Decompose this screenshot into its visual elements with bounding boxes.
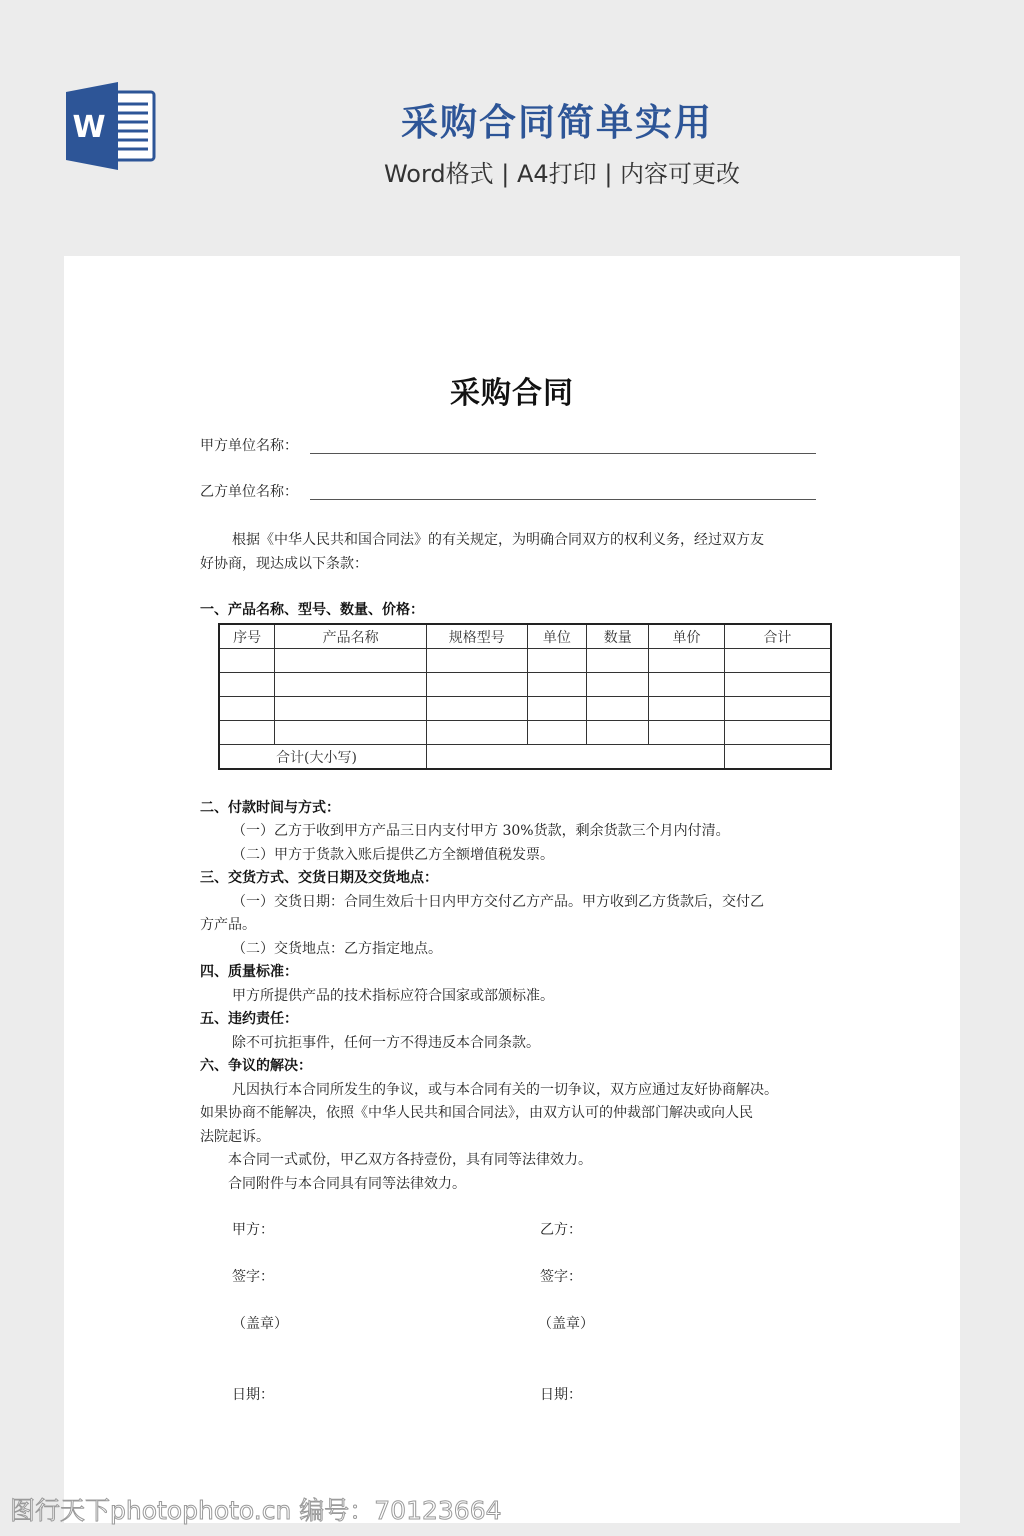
table-cell[interactable] <box>724 721 831 745</box>
section6-line2: 如果协商不能解决，依照《中华人民共和国合同法》，由双方认可的仲裁部门解决或向人民 <box>200 1102 753 1126</box>
table-total-row: 合计(大小写) <box>219 745 831 770</box>
section4-text: 甲方所提供产品的技术指标应符合国家或部颁标准。 <box>232 985 554 1009</box>
col-header-index: 序号 <box>219 624 275 649</box>
closing-clause-2: 合同附件与本合同具有同等法律效力。 <box>228 1173 466 1197</box>
table-cell[interactable] <box>527 649 587 673</box>
table-cell[interactable] <box>275 673 427 697</box>
table-cell[interactable] <box>426 721 527 745</box>
document-title: 采购合同 <box>64 368 960 412</box>
section3-item1-line2: 方产品。 <box>200 914 256 938</box>
section2-item2: （二）甲方于货款入账后提供乙方全额增值税发票。 <box>232 844 554 868</box>
section6-line3: 法院起诉。 <box>200 1126 270 1150</box>
table-row <box>219 721 831 745</box>
total-amount-cell[interactable] <box>426 745 724 770</box>
section6-heading: 六、争议的解决： <box>200 1055 312 1079</box>
table-cell[interactable] <box>426 697 527 721</box>
col-header-quantity: 数量 <box>587 624 649 649</box>
table-cell[interactable] <box>724 649 831 673</box>
col-header-product-name: 产品名称 <box>275 624 427 649</box>
section4-heading: 四、质量标准： <box>200 961 298 985</box>
table-cell[interactable] <box>649 697 725 721</box>
banner-title: 采购合同简单实用 <box>0 92 1024 146</box>
table-row <box>219 697 831 721</box>
section3-heading: 三、交货方式、交货日期及交货地点： <box>200 867 438 891</box>
party-a-sign-field: 签字： <box>232 1266 274 1290</box>
party-a-seal: （盖章） <box>232 1313 288 1337</box>
header-banner: W 采购合同简单实用 Word格式 | A4打印 | 内容可更改 <box>0 0 1024 256</box>
watermark: 图行天下photophoto.cn 编号：70123664 <box>10 1491 502 1527</box>
section6-line1: 凡因执行本合同所发生的争议，或与本合同有关的一切争议，双方应通过友好协商解决。 <box>232 1079 778 1103</box>
party-b-seal: （盖章） <box>538 1313 594 1337</box>
col-header-unit-price: 单价 <box>649 624 725 649</box>
party-a-label: 甲方单位名称： <box>200 435 298 459</box>
total-label: 合计(大小写) <box>219 745 426 770</box>
section1-heading: 一、产品名称、型号、数量、价格： <box>200 599 424 623</box>
party-a-signature-label: 甲方： <box>232 1219 274 1243</box>
document-page: 采购合同 甲方单位名称： 乙方单位名称： 根据《中华人民共和国合同法》的有关规定… <box>64 256 960 1523</box>
table-cell[interactable] <box>649 649 725 673</box>
table-cell[interactable] <box>724 697 831 721</box>
party-b-signature-label: 乙方： <box>540 1219 582 1243</box>
table-row <box>219 649 831 673</box>
table-cell[interactable] <box>587 673 649 697</box>
table-cell[interactable] <box>587 649 649 673</box>
table-cell[interactable] <box>587 697 649 721</box>
table-cell[interactable] <box>527 697 587 721</box>
table-cell[interactable] <box>219 721 275 745</box>
table-cell[interactable] <box>219 673 275 697</box>
party-a-name-field[interactable] <box>310 453 816 454</box>
section3-item2: （二）交货地点：乙方指定地点。 <box>232 938 442 962</box>
table-cell[interactable] <box>649 673 725 697</box>
table-cell[interactable] <box>275 649 427 673</box>
total-value-cell[interactable] <box>724 745 831 770</box>
col-header-unit: 单位 <box>527 624 587 649</box>
party-b-sign-field: 签字： <box>540 1266 582 1290</box>
banner-subtitle: Word格式 | A4打印 | 内容可更改 <box>0 154 1024 189</box>
product-table: 序号 产品名称 规格型号 单位 数量 单价 合计 <box>218 623 832 770</box>
table-cell[interactable] <box>219 649 275 673</box>
table-cell[interactable] <box>527 721 587 745</box>
section5-heading: 五、违约责任： <box>200 1008 298 1032</box>
party-b-name-field[interactable] <box>310 499 816 500</box>
section5-text: 除不可抗拒事件，任何一方不得违反本合同条款。 <box>232 1032 540 1056</box>
table-cell[interactable] <box>219 697 275 721</box>
col-header-spec: 规格型号 <box>426 624 527 649</box>
section2-heading: 二、付款时间与方式： <box>200 797 340 821</box>
table-cell[interactable] <box>275 721 427 745</box>
table-cell[interactable] <box>275 697 427 721</box>
table-cell[interactable] <box>527 673 587 697</box>
table-cell[interactable] <box>724 673 831 697</box>
intro-paragraph-line1: 根据《中华人民共和国合同法》的有关规定，为明确合同双方的权利义务，经过双方友 <box>232 529 764 553</box>
table-cell[interactable] <box>426 649 527 673</box>
party-b-date: 日期： <box>540 1384 582 1408</box>
table-cell[interactable] <box>426 673 527 697</box>
table-header-row: 序号 产品名称 规格型号 单位 数量 单价 合计 <box>219 624 831 649</box>
table-row <box>219 673 831 697</box>
section2-item1: （一）乙方于收到甲方产品三日内支付甲方 30%货款，剩余货款三个月内付清。 <box>232 820 730 844</box>
party-b-label: 乙方单位名称： <box>200 481 298 505</box>
section3-item1-line1: （一）交货日期：合同生效后十日内甲方交付乙方产品。甲方收到乙方货款后，交付乙 <box>232 891 764 915</box>
intro-paragraph-line2: 好协商，现达成以下条款： <box>200 553 368 577</box>
table-cell[interactable] <box>587 721 649 745</box>
table-cell[interactable] <box>649 721 725 745</box>
party-a-date: 日期： <box>232 1384 274 1408</box>
col-header-total: 合计 <box>724 624 831 649</box>
closing-clause-1: 本合同一式贰份，甲乙双方各持壹份，具有同等法律效力。 <box>228 1149 592 1173</box>
